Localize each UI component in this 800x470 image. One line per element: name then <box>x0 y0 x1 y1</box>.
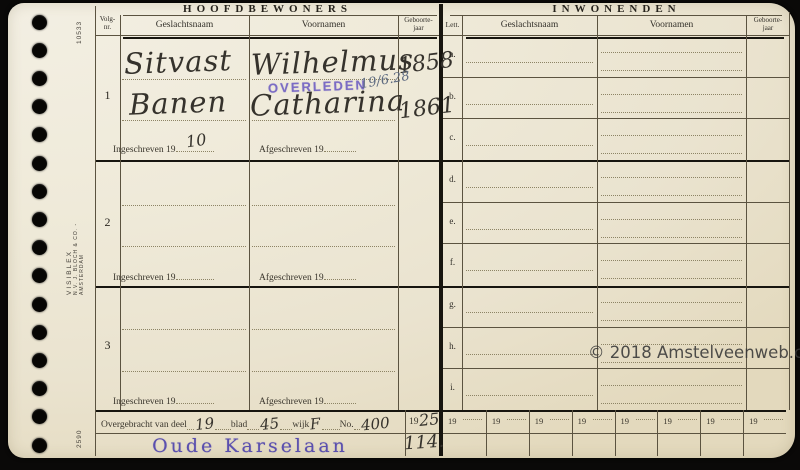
year-cell-label: 19 <box>749 416 758 426</box>
rule <box>95 286 439 288</box>
street-name-stamp: Oude Karselaan <box>95 435 405 457</box>
ingeschreven-label: Ingeschreven 19 <box>113 270 214 283</box>
write-line <box>122 329 246 330</box>
punch-hole <box>32 325 47 340</box>
year-cell-label: 19 <box>535 416 544 426</box>
write-line <box>466 395 593 396</box>
afgeschreven-label: Afgeschreven 19 <box>259 270 356 283</box>
write-line <box>601 237 742 238</box>
write-line <box>252 371 395 372</box>
column-header-geslachtsnaam: Geslachtsnaam <box>120 20 249 30</box>
afgeschreven-text: Afgeschreven 19 <box>259 397 324 407</box>
write-line <box>466 270 593 271</box>
punch-hole <box>32 212 47 227</box>
blad-value: 45 <box>259 414 280 434</box>
form-number-bottom: 2590 <box>76 408 83 448</box>
write-line <box>466 104 593 105</box>
dotted-leader <box>636 419 655 420</box>
letter-label: i. <box>443 382 462 392</box>
write-line <box>122 205 246 206</box>
ingeschreven-text: Ingeschreven 19 <box>113 273 176 283</box>
afgeschreven-label: Afgeschreven 19 <box>259 142 356 155</box>
write-line <box>601 94 742 95</box>
inwonenden-row: e. <box>443 202 790 244</box>
inwonenden-row: a. <box>443 35 790 77</box>
write-line <box>601 385 742 386</box>
dotted-leader <box>187 420 194 430</box>
manufacturer-imprint: VISIBLEX N.V. J. BLOCH & CO. - AMSTERDAM <box>66 180 85 295</box>
inwonenden-row: i. <box>443 368 790 410</box>
year-cell: 19 <box>700 410 744 456</box>
brand-address: N.V. J. BLOCH & CO. - AMSTERDAM <box>73 180 85 295</box>
write-line <box>601 135 742 136</box>
geboortejaar-r-line2: jaar <box>746 25 790 33</box>
ingeschreven-text: Ingeschreven 19 <box>113 145 176 155</box>
copyright-watermark: © 2018 Amstelveenweb.com <box>588 343 800 362</box>
transfer-year-value: 25 <box>418 409 440 430</box>
dotted-leader <box>324 394 356 404</box>
rule <box>123 37 437 39</box>
write-line <box>601 153 742 154</box>
rule <box>95 160 439 162</box>
dotted-leader <box>324 142 356 152</box>
left-section-title: HOOFDBEWONERS <box>95 3 440 15</box>
ingeschreven-text: Ingeschreven 19 <box>113 397 176 407</box>
dotted-leader <box>764 419 783 420</box>
dotted-leader <box>322 420 340 430</box>
year-cell: 19 <box>572 410 616 456</box>
write-line <box>601 70 742 71</box>
write-line <box>466 145 593 146</box>
house-number: 114. <box>403 431 444 455</box>
year-cell-label: 19 <box>663 416 672 426</box>
punch-hole <box>32 15 47 30</box>
transfer-row: Overgebracht van deel 19 blad 45 wijk F … <box>101 415 390 430</box>
dotted-leader <box>215 420 231 430</box>
inwonenden-row: f. <box>443 243 790 285</box>
afgeschreven-label: Afgeschreven 19 <box>259 394 356 407</box>
transfer-label: Overgebracht van deel <box>101 420 187 430</box>
write-line <box>122 246 246 247</box>
column-header-geboortejaar: Geboorte- jaar <box>398 17 439 32</box>
write-line <box>601 278 742 279</box>
letter-label: d. <box>443 174 462 184</box>
punch-hole <box>32 353 47 368</box>
ingeschreven-year-value: 10 <box>185 130 208 152</box>
write-line <box>601 195 742 196</box>
letter-label: h. <box>443 341 462 351</box>
afgeschreven-text: Afgeschreven 19 <box>259 145 324 155</box>
deel-value: 19 <box>194 414 215 434</box>
geboortejaar-line2: jaar <box>398 25 439 33</box>
year-cell-label: 19 <box>492 416 501 426</box>
column-header-geboortejaar-r: Geboorte- jaar <box>746 17 790 32</box>
letter-label: e. <box>443 216 462 226</box>
letter-label: a. <box>443 49 462 59</box>
write-line <box>601 177 742 178</box>
no-value: 400 <box>360 414 390 435</box>
transfer-year-printed: 19 <box>409 417 419 427</box>
dotted-leader <box>176 270 214 280</box>
dotted-leader <box>507 419 526 420</box>
inwonenden-row: g. <box>443 285 790 327</box>
rule <box>249 15 250 410</box>
volgnr-line2: nr. <box>95 24 120 32</box>
dotted-leader <box>550 419 569 420</box>
write-line <box>252 329 395 330</box>
dotted-leader <box>721 419 740 420</box>
dotted-leader <box>324 270 356 280</box>
dotted-leader <box>463 419 482 420</box>
punch-hole <box>32 43 47 58</box>
rule <box>123 15 437 16</box>
write-line <box>601 219 742 220</box>
ingeschreven-label: Ingeschreven 19 <box>113 394 214 407</box>
dotted-leader <box>280 420 292 430</box>
write-line <box>466 229 593 230</box>
dotted-leader <box>354 420 360 430</box>
rule <box>95 35 439 36</box>
dotted-leader <box>247 420 259 430</box>
year-cell-label: 19 <box>578 416 587 426</box>
write-line <box>601 302 742 303</box>
rule <box>450 15 782 16</box>
handwritten-surname-1: Sitvast <box>123 43 232 81</box>
write-line <box>466 354 593 355</box>
year-cell-label: 19 <box>448 416 457 426</box>
no-label: No. <box>340 420 354 430</box>
write-line <box>252 246 395 247</box>
write-line <box>252 205 395 206</box>
letter-label: b. <box>443 91 462 101</box>
block-number: 2 <box>95 215 120 230</box>
year-cell-label: 19 <box>621 416 630 426</box>
write-line <box>466 187 593 188</box>
inwonenden-row: b. <box>443 77 790 119</box>
write-line <box>601 112 742 113</box>
year-cell-label: 19 <box>706 416 715 426</box>
brand-name: VISIBLEX <box>66 180 73 295</box>
punch-hole <box>32 297 47 312</box>
blad-label: blad <box>231 420 247 430</box>
write-line <box>601 320 742 321</box>
wijk-value: F <box>309 415 321 434</box>
punch-hole <box>32 438 47 453</box>
letter-label: c. <box>443 132 462 142</box>
punch-hole <box>32 71 47 86</box>
write-line <box>601 52 742 53</box>
handwritten-surname-2: Banen <box>128 84 227 121</box>
block-number: 3 <box>95 338 120 353</box>
block-number: 1 <box>95 88 120 103</box>
write-line <box>601 403 742 404</box>
year-cell: 19 <box>486 410 530 456</box>
register-card-photo: 10533 VISIBLEX N.V. J. BLOCH & CO. - AMS… <box>0 0 800 470</box>
column-header-geslachtsnaam-r: Geslachtsnaam <box>462 20 597 30</box>
inwonenden-row: c. <box>443 118 790 160</box>
punch-hole <box>32 99 47 114</box>
rule <box>120 15 121 410</box>
year-cell: 19 <box>443 410 486 456</box>
afgeschreven-text: Afgeschreven 19 <box>259 273 324 283</box>
write-line <box>466 62 593 63</box>
punch-hole <box>32 156 47 171</box>
year-cell: 19 <box>529 410 573 456</box>
write-line <box>601 260 742 261</box>
inwonenden-row: d. <box>443 160 790 202</box>
column-header-voornamen-r: Voornamen <box>597 20 746 30</box>
letter-label: f. <box>443 257 462 267</box>
year-cell: 19 <box>615 410 659 456</box>
year-cell: 19 <box>743 410 787 456</box>
form-number-top: 10533 <box>76 8 83 44</box>
dotted-leader <box>678 419 697 420</box>
dotted-leader <box>593 419 612 420</box>
punch-hole <box>32 240 47 255</box>
wijk-label: wijk <box>292 420 309 430</box>
column-header-lett: Lett. <box>443 21 462 29</box>
rule <box>95 6 96 456</box>
punch-hole <box>32 184 47 199</box>
dotted-leader <box>176 394 214 404</box>
letter-label: g. <box>443 299 462 309</box>
write-line <box>122 371 246 372</box>
right-section-title: INWONENDEN <box>443 3 790 15</box>
column-header-volgnr: Volg- nr. <box>95 16 120 31</box>
year-cell: 19 <box>657 410 701 456</box>
handwritten-firstname-2: Catharina <box>249 83 405 122</box>
punch-hole <box>32 381 47 396</box>
write-line <box>466 312 593 313</box>
column-header-voornamen: Voornamen <box>249 20 398 30</box>
